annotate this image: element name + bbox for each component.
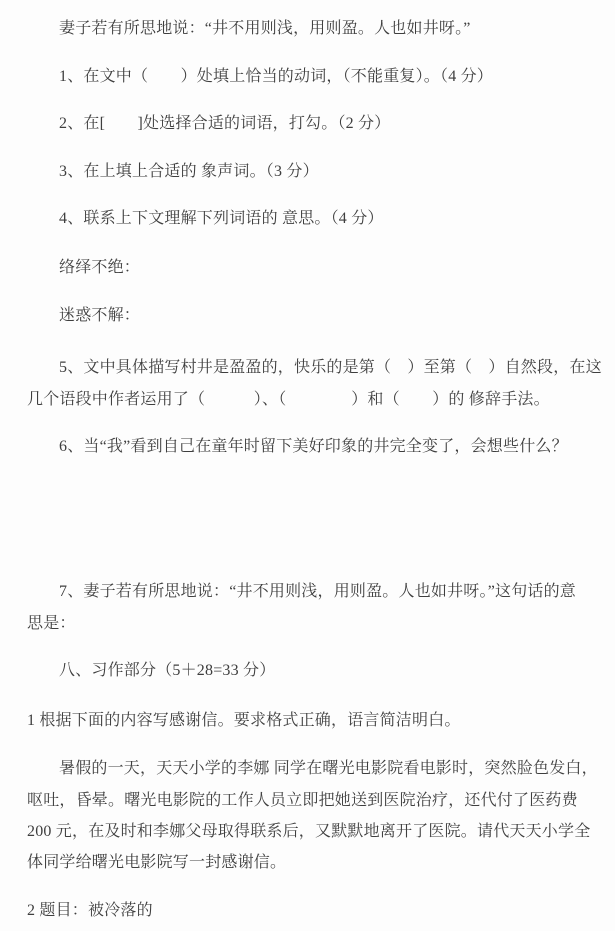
task-1-story-line-2: 呕吐，昏晕。曙光电影院的工作人员立即把她送到医院治疗，还代付了医药费 [27,790,578,811]
question-4: 4、联系上下文理解下列词语的 意思。（4 分） [59,208,384,229]
task-1-story-line-1: 暑假的一天，天天小学的李娜 同学在曙光电影院看电影时，突然脸色发白， [59,758,598,779]
term-luoyi-bujue: 络绎不绝： [59,257,140,278]
writing-task-1: 1 根据下面的内容写感谢信。要求格式正确，语言简洁明白。 [27,710,461,731]
writing-task-2: 2 题目：被冷落的 [27,900,153,921]
question-3: 3、在上填上合适的 象声词。（3 分） [59,161,319,182]
question-1: 1、在文中（ ）处填上恰当的动词，（不能重复）。（4 分） [59,66,493,87]
task-1-story-line-4: 体同学给曙光电影院写一封感谢信。 [27,852,286,873]
section-8-heading: 八、习作部分（5＋28=33 分） [59,660,275,681]
question-7-line-2: 思是： [27,613,76,634]
intro-sentence: 妻子若有所思地说：“井不用则浅，用则盈。人也如井呀。” [59,18,471,39]
term-mihuo-bujie: 迷惑不解： [59,305,140,326]
question-5-line-2: 几个语段中作者运用了（ ）、（ ）和（ ）的 修辞手法。 [27,389,550,410]
question-6: 6、当“我”看到自己在童年时留下美好印象的井完全变了，会想些什么？ [59,436,568,457]
task-1-story-line-3: 200 元，在及时和李娜父母取得联系后，又默默地离开了医院。请代天天小学全 [27,821,590,842]
document-page: 妻子若有所思地说：“井不用则浅，用则盈。人也如井呀。” 1、在文中（ ）处填上恰… [0,0,615,931]
question-2: 2、在[ ]处选择合适的词语，打勾。（2 分） [59,113,390,134]
question-7-line-1: 7、妻子若有所思地说：“井不用则浅，用则盈。人也如井呀。”这句话的意 [59,581,576,602]
question-5-line-1: 5、文中具体描写村井是盈盈的，快乐的是第（ ）至第（ ）自然段，在这 [59,357,602,378]
